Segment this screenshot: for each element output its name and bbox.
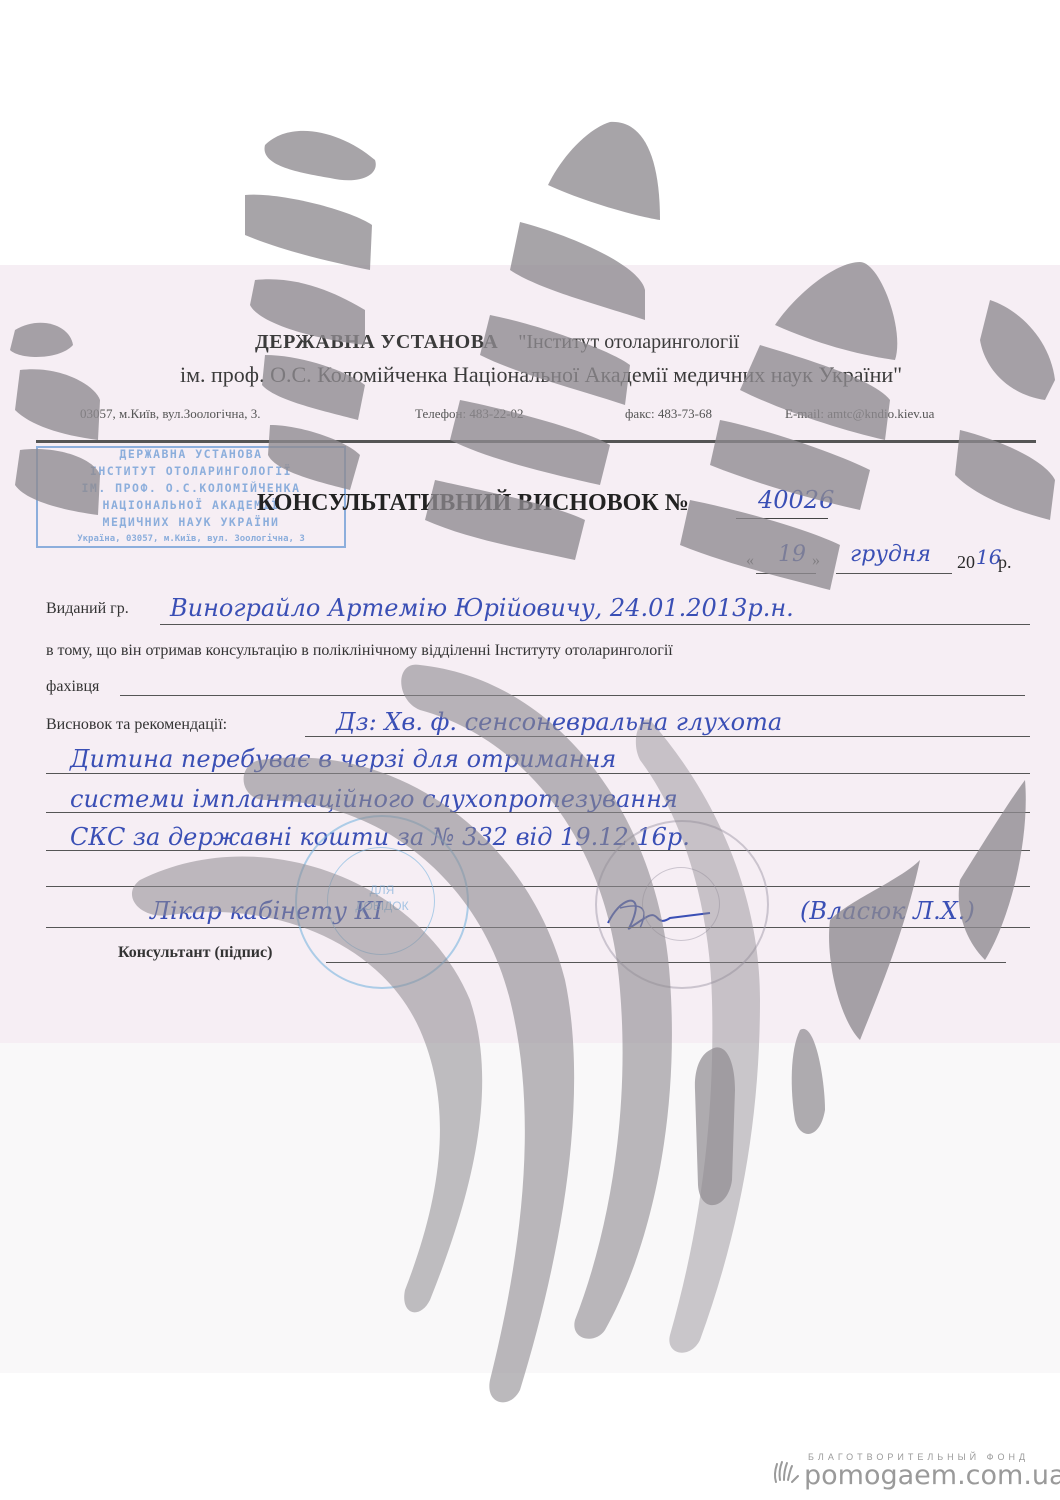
org-name-line2: ім. проф. О.С. Коломійченка Національної…: [180, 362, 902, 388]
consultant-label: Консультант (підпис): [118, 944, 272, 962]
date-month-line: [836, 573, 952, 574]
date-year-prefix: 20: [957, 552, 975, 573]
stamp-center-text: ДЛЯ: [297, 883, 467, 897]
date-day-line: [756, 573, 816, 574]
specialist-underline: [120, 695, 1025, 696]
conclusion-line-2: Дитина перебуває в черзі для отримання: [70, 745, 616, 773]
conclusion-label: Висновок та рекомендації:: [46, 716, 227, 734]
doctor-name: (Власюк Л.Х.): [800, 897, 975, 925]
org-type: ДЕРЖАВНА УСТАНОВА: [255, 331, 498, 353]
conclusion-line-1: Дз: Хв. ф. сенсоневральна глухота: [336, 708, 782, 736]
conclusion-underline-1: [305, 736, 1030, 737]
org-fax: факс: 483-73-68: [625, 406, 712, 422]
specialist-label: фахівця: [46, 678, 99, 696]
org-name-line1: "Інститут отоларингології: [518, 331, 739, 353]
date-close-quote: »: [812, 552, 820, 570]
round-stamp-gray: [595, 820, 769, 989]
org-header-line1: ДЕРЖАВНА УСТАНОВА "Інститут отоларинголо…: [255, 331, 739, 354]
stamp-center-text: ДОВІДОК: [297, 899, 467, 913]
conclusion-underline-2: [46, 773, 1030, 774]
date-day: 19: [778, 542, 806, 567]
conclusion-line-3: системи імплантаційного слухопротезуванн…: [70, 785, 678, 813]
date-open-quote: «: [746, 552, 754, 570]
round-stamp-blue: ДЛЯ ДОВІДОК: [295, 815, 469, 989]
document-title: КОНСУЛЬТАТИВНИЙ ВИСНОВОК №: [257, 490, 689, 517]
header-divider: [36, 440, 1036, 443]
conclusion-underline-5: [46, 886, 1030, 887]
document-number: 40026: [758, 486, 834, 514]
stamp-line: ІНСТИТУТ ОТОЛАРИНГОЛОГІЇ: [38, 463, 344, 480]
conclusion-underline-3: [46, 812, 1030, 813]
stamp-line: ДЕРЖАВНА УСТАНОВА: [38, 446, 344, 463]
issued-underline: [160, 624, 1030, 625]
site-link[interactable]: pomogaem.com.ua: [804, 1460, 1060, 1491]
doctor-underline: [46, 927, 1030, 928]
issued-value: Винограйло Артемію Юрійовичу, 24.01.2013…: [170, 594, 794, 622]
org-address: 03057, м.Київ, вул.Зоологічна, 3.: [80, 406, 261, 422]
consultation-statement: в тому, що він отримав консультацію в по…: [46, 642, 673, 660]
date-month: грудня: [850, 542, 931, 567]
conclusion-underline-4: [46, 850, 1030, 851]
hand-logo-icon: [770, 1458, 800, 1488]
issued-label: Виданий гр.: [46, 600, 129, 618]
scan-margin-area: [0, 1043, 1060, 1373]
number-underline: [736, 518, 828, 519]
stamp-line: Україна, 03057, м.Київ, вул. Зоологічна,…: [38, 531, 344, 548]
org-email: E-mail: amtc@kndio.kiev.ua: [785, 406, 934, 422]
date-year-end: р.: [998, 552, 1012, 573]
org-phone: Телефон: 483-22-02: [415, 406, 524, 422]
